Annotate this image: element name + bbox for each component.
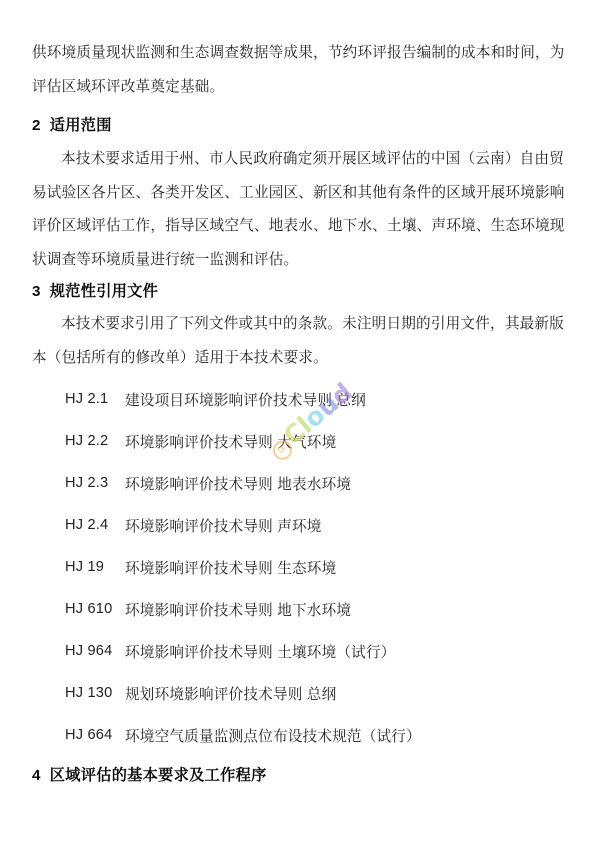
reference-title: 规划环境影响评价技术导则 总纲 — [125, 683, 336, 704]
section-number: 3 — [32, 281, 41, 303]
section-3-paragraph: 本技术要求引用了下列文件或其中的条款。未注明日期的引用文件，其最新版 本（包括所… — [32, 308, 565, 375]
reference-code: HJ 2.3 — [65, 475, 125, 491]
reference-code: HJ 2.1 — [65, 391, 125, 407]
reference-title: 环境影响评价技术导则 土壤环境（试行） — [125, 641, 396, 662]
reference-title: 环境影响评价技术导则 声环境 — [125, 515, 322, 536]
text-line: 评价区域评估工作，指导区域空气、地表水、地下水、土壤、声环境、生态环境现 — [32, 210, 565, 244]
reference-title: 环境空气质量监测点位布设技术规范（试行） — [125, 725, 421, 746]
reference-code: HJ 2.2 — [65, 433, 125, 449]
section-3-heading: 3规范性引用文件 — [32, 281, 565, 303]
reference-title: 环境影响评价技术导则 地下水环境 — [125, 599, 351, 620]
reference-code: HJ 610 — [65, 601, 125, 617]
reference-title: 建设项目环境影响评价技术导则 总纲 — [125, 389, 366, 410]
reference-item: HJ 2.3 环境影响评价技术导则 地表水环境 — [65, 462, 565, 504]
reference-code: HJ 130 — [65, 685, 125, 701]
section-4-heading: 4区域评估的基本要求及工作程序 — [32, 765, 565, 787]
reference-title: 环境影响评价技术导则 大气环境 — [125, 431, 336, 452]
document-page: 供环境质量现状监测和生态调查数据等成果，节约环评报告编制的成本和时间，为 评估区… — [0, 0, 595, 841]
reference-item: HJ 2.2 环境影响评价技术导则 大气环境 — [65, 420, 565, 462]
reference-list: HJ 2.1 建设项目环境影响评价技术导则 总纲 HJ 2.2 环境影响评价技术… — [32, 378, 565, 756]
text-line: 评估区域环评改革奠定基础。 — [32, 71, 565, 105]
section-number: 4 — [32, 765, 41, 787]
section-title: 规范性引用文件 — [50, 283, 158, 300]
reference-item: HJ 2.1 建设项目环境影响评价技术导则 总纲 — [65, 378, 565, 420]
section-title: 区域评估的基本要求及工作程序 — [50, 767, 267, 784]
intro-paragraph: 供环境质量现状监测和生态调查数据等成果，节约环评报告编制的成本和时间，为 评估区… — [32, 37, 565, 104]
reference-item: HJ 664 环境空气质量监测点位布设技术规范（试行） — [65, 714, 565, 756]
reference-item: HJ 964 环境影响评价技术导则 土壤环境（试行） — [65, 630, 565, 672]
reference-title: 环境影响评价技术导则 生态环境 — [125, 557, 336, 578]
reference-code: HJ 964 — [65, 643, 125, 659]
reference-code: HJ 664 — [65, 727, 125, 743]
reference-code: HJ 19 — [65, 559, 125, 575]
text-line: 易试验区各片区、各类开发区、工业园区、新区和其他有条件的区域开展环境影响 — [32, 177, 565, 211]
reference-item: HJ 2.4 环境影响评价技术导则 声环境 — [65, 504, 565, 546]
reference-item: HJ 130 规划环境影响评价技术导则 总纲 — [65, 672, 565, 714]
reference-item: HJ 19 环境影响评价技术导则 生态环境 — [65, 546, 565, 588]
section-number: 2 — [32, 115, 41, 137]
section-title: 适用范围 — [50, 117, 112, 134]
section-2-heading: 2适用范围 — [32, 115, 565, 137]
text-line: 供环境质量现状监测和生态调查数据等成果，节约环评报告编制的成本和时间，为 — [32, 37, 565, 71]
reference-item: HJ 610 环境影响评价技术导则 地下水环境 — [65, 588, 565, 630]
reference-code: HJ 2.4 — [65, 517, 125, 533]
text-line: 状调查等环境质量进行统一监测和评估。 — [32, 244, 565, 278]
text-line: 本（包括所有的修改单）适用于本技术要求。 — [32, 342, 565, 376]
section-2-paragraph: 本技术要求适用于州、市人民政府确定须开展区域评估的中国（云南）自由贸 易试验区各… — [32, 143, 565, 277]
reference-title: 环境影响评价技术导则 地表水环境 — [125, 473, 351, 494]
text-line: 本技术要求适用于州、市人民政府确定须开展区域评估的中国（云南）自由贸 — [32, 143, 565, 177]
text-line: 本技术要求引用了下列文件或其中的条款。未注明日期的引用文件，其最新版 — [32, 308, 565, 342]
